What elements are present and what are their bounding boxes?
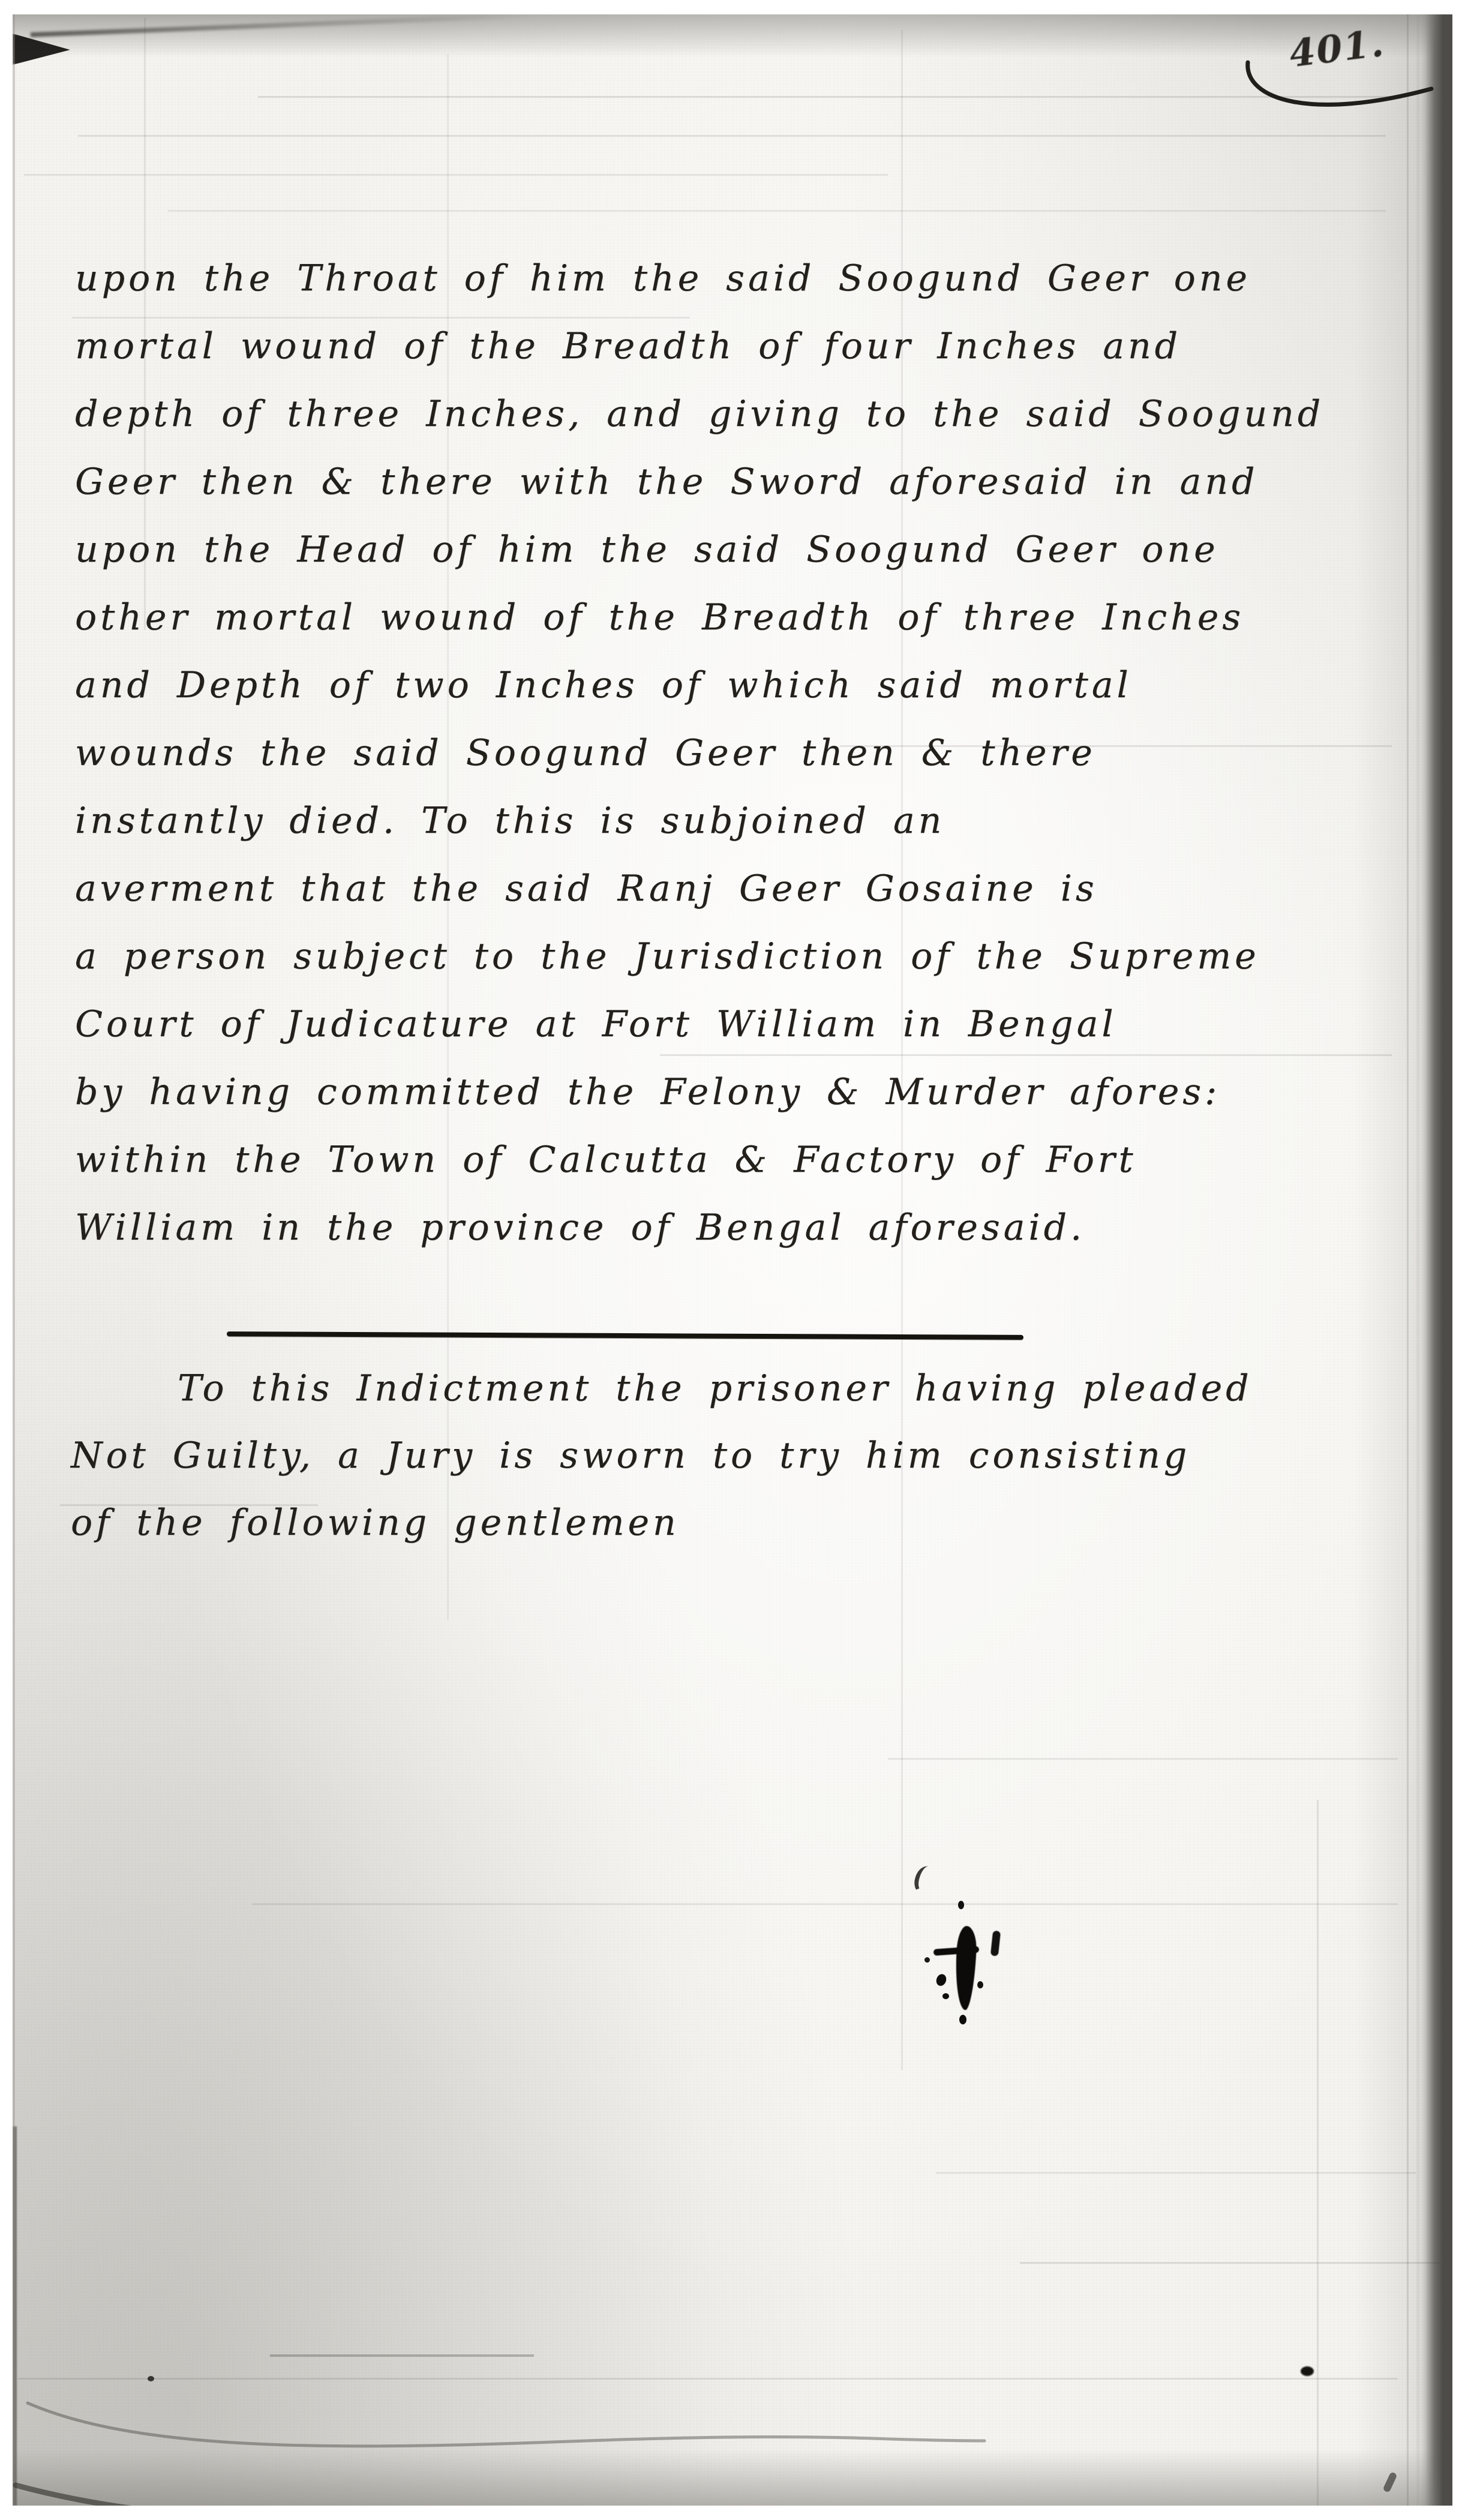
manuscript-line: Geer then & there with the Sword aforesa…: [75, 448, 1324, 516]
manuscript-line: within the Town of Calcutta & Factory of…: [75, 1126, 1324, 1194]
fold-line: [1317, 1800, 1319, 2506]
manuscript-line: mortal wound of the Breadth of four Inch…: [75, 313, 1324, 380]
plea-paragraph: To this Indictment the prisoner having p…: [71, 1355, 1253, 1556]
faint-rule-line: [78, 135, 1386, 137]
scan-corner-ink-wedge: [13, 34, 70, 65]
manuscript-line: depth of three Inches, and giving to the…: [75, 380, 1324, 448]
ink-spot: [1301, 2366, 1314, 2376]
manuscript-line: instantly died. To this is subjoined an: [75, 787, 1324, 855]
manuscript-line: Not Guilty, a Jury is sworn to try him c…: [71, 1422, 1253, 1489]
faint-rule-line: [24, 174, 888, 176]
faint-rule-line: [1020, 2262, 1440, 2264]
faint-rule-line: [258, 96, 1398, 98]
indictment-paragraph: upon the Throat of him the said Soogund …: [75, 245, 1324, 1262]
bottom-crease-lines: [13, 2370, 1032, 2506]
manuscript-line: a person subject to the Jurisdiction of …: [75, 923, 1324, 991]
page-left-edge-line: [13, 14, 15, 2506]
manuscript-line: Court of Judicature at Fort William in B…: [75, 991, 1324, 1058]
manuscript-line: upon the Throat of him the said Soogund …: [75, 245, 1324, 313]
page-number-underline-flourish: [1233, 54, 1445, 136]
manuscript-line: wounds the said Soogund Geer then & ther…: [75, 719, 1324, 787]
manuscript-line: and Depth of two Inches of which said mo…: [75, 652, 1324, 719]
scan-top-streak: [31, 14, 529, 37]
manuscript-line: of the following gentlemen: [71, 1489, 1253, 1556]
faint-rule-line: [936, 2172, 1416, 2174]
manuscript-line: upon the Head of him the said Soogund Ge…: [75, 516, 1324, 584]
manuscript-page-scan: 401. upon the Throat of him the said Soo…: [13, 14, 1452, 2506]
faint-rule-line: [252, 1903, 1398, 1905]
fold-line: [1407, 14, 1409, 2506]
binding-gutter-soft-shadow: [1353, 14, 1419, 2506]
manuscript-line: To this Indictment the prisoner having p…: [71, 1355, 1253, 1422]
binding-gutter-shadow: [1415, 14, 1452, 2506]
ink-blot-main: [953, 1925, 977, 2011]
separator-rule: [227, 1331, 1023, 1340]
manuscript-line: by having committed the Felony & Murder …: [75, 1058, 1324, 1126]
manuscript-line: averment that the said Ranj Geer Gosaine…: [75, 855, 1324, 923]
screenshot-canvas: 401. upon the Throat of him the said Soo…: [0, 0, 1465, 2520]
ink-blot-side-mark: [990, 1930, 1001, 1956]
ink-blot-hook: [912, 1864, 938, 1897]
faint-rule-line: [168, 210, 1386, 212]
ink-blot: [900, 1850, 1062, 2048]
manuscript-line: William in the province of Bengal afores…: [75, 1194, 1324, 1262]
faint-rule-line: [888, 1758, 1398, 1760]
manuscript-line: other mortal wound of the Breadth of thr…: [75, 584, 1324, 652]
faint-rule-line: [270, 2354, 534, 2357]
